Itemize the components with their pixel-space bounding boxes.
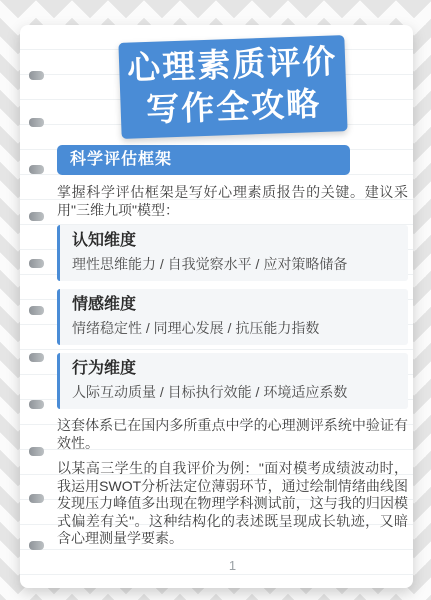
validation-paragraph: 这套体系已在国内多所重点中学的心理测评系统中验证有效性。 xyxy=(57,417,408,452)
card-title: 认知维度 xyxy=(72,232,396,250)
page-title-line2: 写作全攻略 xyxy=(120,82,347,132)
dimension-card-emotional: 情感维度 情绪稳定性 / 同理心发展 / 抗压能力指数 xyxy=(57,289,408,345)
intro-paragraph: 掌握科学评估框架是写好心理素质报告的关键。建议采用"三维九项"模型： xyxy=(57,184,408,219)
example-paragraph: 以某高三学生的自我评价为例："面对模考成绩波动时，我运用SWOT分析法定位薄弱环… xyxy=(57,460,408,548)
page-number: 1 xyxy=(57,558,408,573)
card-items: 情绪稳定性 / 同理心发展 / 抗压能力指数 xyxy=(72,320,396,336)
card-title: 情感维度 xyxy=(72,296,396,314)
card-title: 行为维度 xyxy=(72,360,396,378)
dimension-card-cognitive: 认知维度 理性思维能力 / 自我觉察水平 / 应对策略储备 xyxy=(57,225,408,281)
page-content: 心理素质评价 写作全攻略 科学评估框架 掌握科学评估框架是写好心理素质报告的关键… xyxy=(20,25,413,588)
page-title: 心理素质评价 写作全攻略 xyxy=(118,35,347,139)
section-header: 科学评估框架 xyxy=(57,145,350,175)
dimension-card-behavioral: 行为维度 人际互动质量 / 目标执行效能 / 环境适应系数 xyxy=(57,353,408,409)
notebook-page: 心理素质评价 写作全攻略 科学评估框架 掌握科学评估框架是写好心理素质报告的关键… xyxy=(20,25,413,588)
card-items: 人际互动质量 / 目标执行效能 / 环境适应系数 xyxy=(72,384,396,400)
card-items: 理性思维能力 / 自我觉察水平 / 应对策略储备 xyxy=(72,256,396,272)
